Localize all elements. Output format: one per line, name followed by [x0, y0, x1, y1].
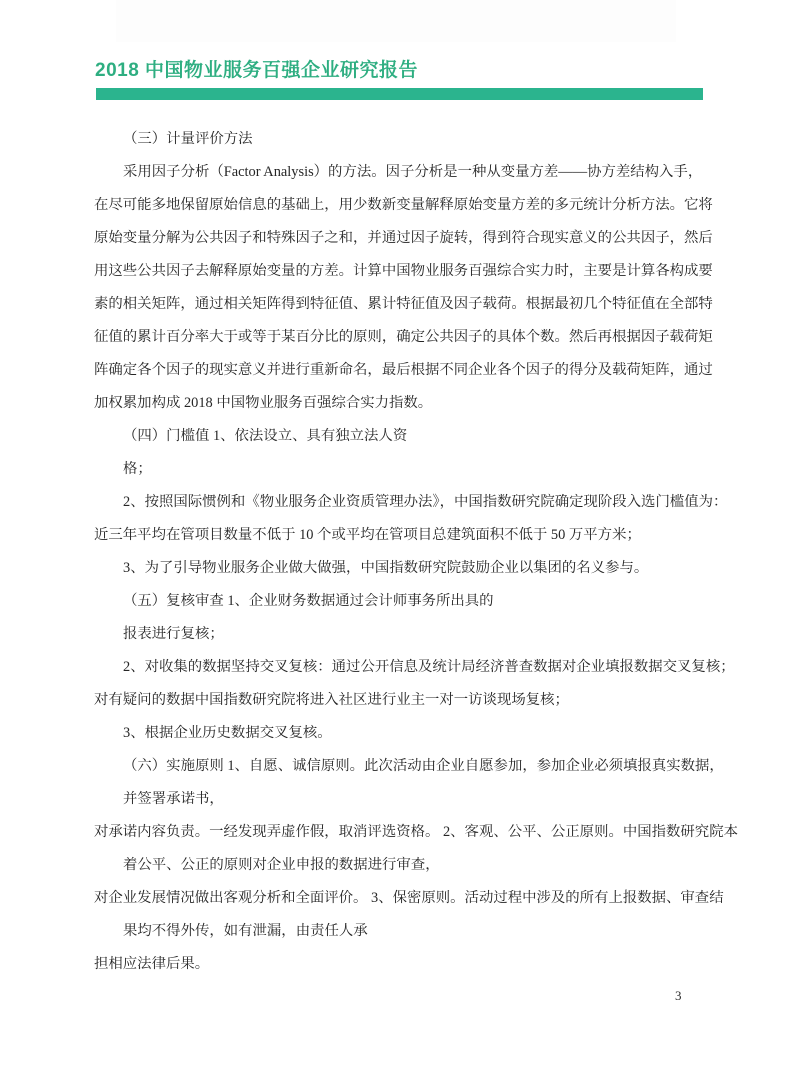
text-line: 3、为了引导物业服务企业做大做强，中国指数研究院鼓励企业以集团的名义参与。: [94, 552, 710, 585]
text-line: 报表进行复核；: [94, 618, 710, 651]
text-line: 格；: [94, 453, 710, 486]
scan-artifact: [116, 0, 676, 42]
text-line: （五）复核审查 1、企业财务数据通过会计师事务所出具的: [94, 585, 710, 618]
text-line: 原始变量分解为公共因子和特殊因子之和，并通过因子旋转，得到符合现实意义的公共因子…: [94, 222, 710, 255]
text-line: （三）计量评价方法: [94, 123, 710, 156]
text-line: 近三年平均在管项目数量不低于 10 个或平均在管项目总建筑面积不低于 50 万平…: [94, 519, 710, 552]
text-line: 对承诺内容负责。一经发现弄虚作假，取消评选资格。 2、客观、公平、公正原则。中国…: [94, 816, 710, 849]
text-line: 2、对收集的数据坚持交叉复核：通过公开信息及统计局经济普查数据对企业填报数据交叉…: [94, 651, 710, 684]
text-line: 果均不得外传，如有泄漏，由责任人承: [94, 915, 710, 948]
text-line: 阵确定各个因子的现实意义并进行重新命名，最后根据不同企业各个因子的得分及载荷矩阵…: [94, 354, 710, 387]
report-page: 2018 中国物业服务百强企业研究报告 （三）计量评价方法采用因子分析（Fact…: [0, 0, 794, 1077]
text-line: 加权累加构成 2018 中国物业服务百强综合实力指数。: [94, 387, 710, 420]
text-line: 3、根据企业历史数据交叉复核。: [94, 717, 710, 750]
body-text: （三）计量评价方法采用因子分析（Factor Analysis）的方法。因子分析…: [94, 123, 710, 981]
page-number: 3: [675, 988, 682, 1004]
text-line: 在尽可能多地保留原始信息的基础上，用少数新变量解释原始变量方差的多元统计分析方法…: [94, 189, 710, 222]
text-line: 着公平、公正的原则对企业申报的数据进行审查，: [94, 849, 710, 882]
header-rule: [96, 88, 703, 100]
text-line: （四）门槛值 1、依法设立、具有独立法人资: [94, 420, 710, 453]
text-line: 对企业发展情况做出客观分析和全面评价。 3、保密原则。活动过程中涉及的所有上报数…: [94, 882, 710, 915]
text-line: 征值的累计百分率大于或等于某百分比的原则，确定公共因子的具体个数。然后再根据因子…: [94, 321, 710, 354]
page-title: 2018 中国物业服务百强企业研究报告: [95, 55, 418, 82]
text-line: 2、按照国际惯例和《物业服务企业资质管理办法》，中国指数研究院确定现阶段入选门槛…: [94, 486, 710, 519]
text-line: （六）实施原则 1、自愿、诚信原则。此次活动由企业自愿参加，参加企业必须填报真实…: [94, 750, 710, 783]
text-line: 并签署承诺书，: [94, 783, 710, 816]
text-line: 采用因子分析（Factor Analysis）的方法。因子分析是一种从变量方差—…: [94, 156, 710, 189]
text-line: 对有疑问的数据中国指数研究院将进入社区进行业主一对一访谈现场复核；: [94, 684, 710, 717]
text-line: 用这些公共因子去解释原始变量的方差。计算中国物业服务百强综合实力时，主要是计算各…: [94, 255, 710, 288]
text-line: 担相应法律后果。: [94, 948, 710, 981]
text-line: 素的相关矩阵，通过相关矩阵得到特征值、累计特征值及因子载荷。根据最初几个特征值在…: [94, 288, 710, 321]
